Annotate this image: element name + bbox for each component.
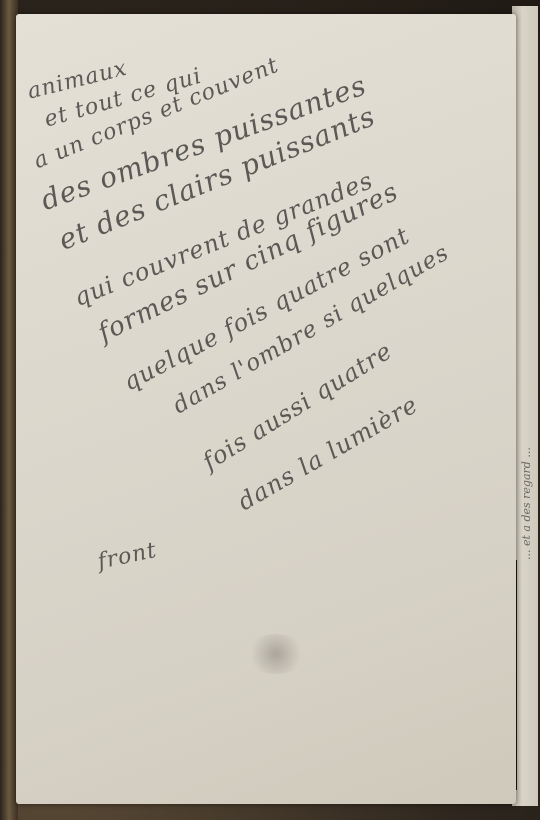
graphite-smudge: [246, 634, 306, 674]
margin-handwriting: ... et a des regard ...: [520, 447, 533, 560]
